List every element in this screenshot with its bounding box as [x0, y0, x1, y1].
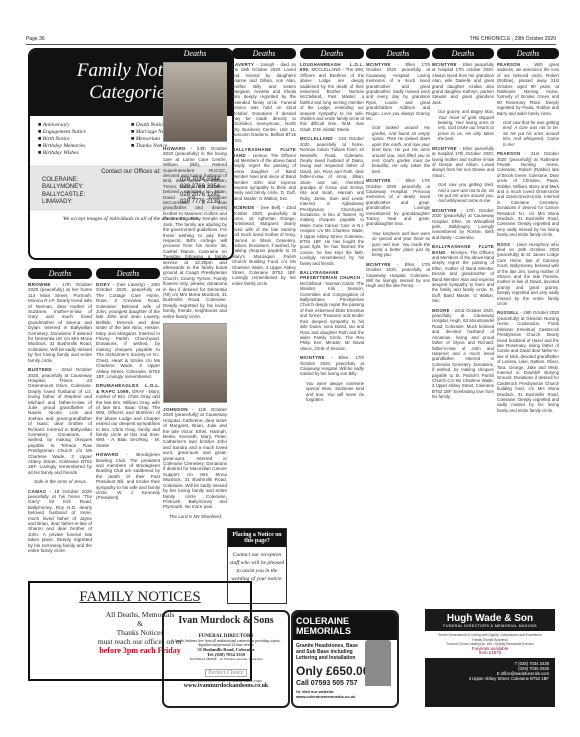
death-notice: MCINTYRE - 17th October 2020 (peacefully… — [432, 208, 494, 240]
notice-name: BALLYRASHANE FLUTE BAND — [432, 244, 494, 254]
death-notice: DRUMAHEAGLES L.O.L. & RAPC 1099, GRAY - … — [96, 383, 160, 448]
coleraine-memorials-ad: COLERAINE MEMORIALS Granite Headstones, … — [291, 610, 399, 708]
death-notice: MCINTYRE - Ellen peacefully at hospital … — [432, 62, 494, 105]
notice-verse: Your kindness and love were so special a… — [366, 231, 430, 258]
death-notice: RUSSELL - 19th October 2020 (peacefully)… — [497, 310, 559, 413]
death-notice: HOWARD - Brookgreen Bowling Club. The pr… — [96, 452, 160, 501]
perfect-choice-logo: Perfect Choice — [205, 669, 246, 677]
death-notice: PEARSON - 21st October 2020 (peacefully)… — [497, 151, 559, 238]
deaths-heading: Deaths — [232, 48, 296, 59]
notice-name: BUSTEED — [28, 367, 52, 372]
death-notice: LAVERTY - Joseph - died on the 15th Octo… — [232, 62, 296, 143]
notice-verse: Safe in the arms of Jesus. — [28, 479, 92, 484]
column-8: DeathsPEARSON - With great sadness, we a… — [497, 48, 559, 603]
category-item: Anniversary — [38, 122, 131, 129]
death-notice: MCCLELLAND - 21st October 2020, peaceful… — [300, 136, 364, 266]
death-notice: ROSS - Janet Humphrey who died on 16th O… — [497, 242, 559, 307]
notice-name: MCINTYRE — [366, 178, 391, 183]
ad-title: Hugh Wade & Son — [425, 609, 555, 624]
fn-title: FAMILY NOTICES — [30, 589, 250, 606]
notice-name: MCINTYRE — [432, 146, 457, 151]
death-notice: MCINTYRE - Ellen, 17th October 2020, pea… — [366, 262, 430, 289]
notice-name: MCBRIDE — [232, 205, 255, 210]
deaths-heading: Deaths — [163, 48, 227, 59]
deceased-photo — [163, 323, 227, 403]
deaths-heading: Deaths — [432, 48, 494, 59]
death-notice: PEARSON - With great sadness, we announc… — [497, 62, 559, 116]
notice-name: MCINTYRE — [300, 355, 325, 360]
death-notice: BALLYRASHANE FLUTE BAND - McIntyre. The … — [432, 244, 494, 303]
notice-name: CAMAC — [28, 489, 47, 494]
publication-date: THE CHRONICLE , 29th October 2020 — [470, 36, 556, 44]
category-item: Birthday Memories — [38, 143, 131, 150]
death-notice: LOUGHANREAGH L.O.L. 909. MCCLELLAND - Th… — [300, 62, 364, 132]
notice-name: HOWARD — [96, 452, 119, 457]
notice-name: MCINTYRE — [366, 62, 391, 67]
placing-title: Placing a Notice on this page? — [228, 529, 286, 547]
notice-name: MCINTYRE — [432, 208, 457, 213]
notice-name: MOORE — [432, 308, 450, 313]
death-notice: BROWNE - 17th October 2020 (peacefully) … — [28, 282, 92, 363]
ad-title: Ivan Murdock & Sons — [167, 615, 285, 626]
death-notice: BALLYRASHANE PRESBYTERIAN CHURCH - McCle… — [300, 270, 364, 351]
notice-name: MCCLELLAND — [300, 136, 333, 141]
deaths-heading: Deaths — [366, 48, 430, 59]
notice-name: MCINTYRE — [432, 62, 457, 67]
notice-name: PEARSON — [497, 151, 520, 156]
ad-home: FUNERAL HOME - 2a Windsor Avenue, Colera… — [167, 657, 285, 661]
page-number: Page 36 — [26, 36, 45, 44]
death-notice: JOHNSON - 11th October 2020 (peacefully)… — [163, 407, 227, 510]
notice-verse: God looked around His garden, And found … — [366, 125, 430, 174]
ad-desc: Granite Headstones, Base and Sub Base in… — [293, 640, 363, 664]
ad-title: COLERAINE MEMORIALS — [293, 612, 397, 640]
office-name: COLERAINE: — [42, 177, 78, 185]
column-7: DeathsMCINTYRE - Ellen peacefully at hos… — [432, 48, 494, 603]
death-notice: MCBRIDE - (nee Bell) - 22nd October 2020… — [232, 205, 296, 286]
deaths-heading: Deaths — [497, 48, 559, 59]
column-4: DeathsLAVERTY - Joseph - died on the 15t… — [232, 48, 296, 518]
hugh-wade-ad: Hugh Wade & Son FUNERAL DIRECTORS & MEMO… — [425, 609, 555, 707]
death-notice: MCINTYRE - Ellen 17th October 2020 peace… — [366, 178, 430, 227]
notice-verse: God saw you getting tired, And a cure wa… — [432, 182, 494, 204]
notice-name: DOEY — [96, 282, 110, 287]
ad-addr: 3 Upper Abbey Street, Coleraine BT52 1BF — [425, 676, 549, 681]
notice-name: JOHNSON — [163, 407, 188, 412]
ivan-murdock-ad: Ivan Murdock & Sons FUNERAL DIRECTORS A … — [162, 610, 290, 708]
notice-verse: Our granny and Bogey Mac, Your heart of … — [432, 109, 494, 141]
category-item: Birthday Wishes — [38, 150, 131, 157]
death-notice: DOEY - (nee Laverty) - 20th October 2020… — [96, 282, 160, 379]
death-notice: MCINTYRE - Ellen 17th October 2020 peace… — [366, 62, 430, 121]
notice-name: BROWNE — [28, 282, 51, 287]
ad-price: from £1875 — [427, 651, 553, 656]
death-notice: HOWARD - 24th October 2020 (peacefully) … — [163, 146, 227, 319]
column-1: DeathsBROWNE - 17th October 2020 (peacef… — [28, 268, 92, 573]
category-item: Engagement Notice — [38, 129, 131, 136]
ad-desc: A family business free from all multinat… — [167, 639, 285, 647]
notice-name: BALLYRASHANE PRESBYTERIAN CHURCH — [300, 270, 360, 280]
placing-body: Contact our reception staff who will be … — [228, 547, 286, 583]
notice-verse: God saw that he was getting tired, A cur… — [497, 120, 559, 147]
ad-sub: FUNERAL DIRECTORS & MEMORIAL MASONS — [425, 624, 555, 628]
placing-notice-box: Placing a Notice on this page? Contact o… — [227, 528, 287, 604]
notice-name: DRUMAHEAGLES L.O.L. & RAPC 1099, — [96, 383, 160, 393]
death-notice: MCINTYRE - Ellen. 17th October 2020, pea… — [300, 355, 364, 377]
ad-line: Seven Generations of Caring with Dignity… — [427, 633, 553, 638]
notice-name: ROSS — [497, 242, 510, 247]
office-name: LIMAVADY: — [42, 199, 73, 207]
ad-website-link[interactable]: www.ivanmurdockandsons.co.uk — [167, 683, 285, 689]
death-notice: BUSTEED - 22nd October 2020, peacefully … — [28, 367, 92, 475]
notice-name: HOWARD — [163, 146, 186, 151]
headstone-image — [365, 640, 391, 686]
office-name: BALLYMONEY: — [42, 184, 84, 192]
deaths-heading: Deaths — [300, 48, 364, 59]
death-notice: MCINTYRE - Ellen peacefully at hospital … — [432, 146, 494, 178]
death-notice: MOORE - 22nd October 2020, peacefully at… — [432, 308, 494, 400]
deceased-photo — [163, 62, 227, 142]
notice-name: RUSSELL — [497, 310, 519, 315]
column-2: DeathsDOEY - (nee Laverty) - 20th Octobe… — [96, 268, 160, 523]
category-item: Birth Notice — [38, 136, 131, 143]
notice-name: PEARSON — [497, 62, 520, 67]
column-5: DeathsLOUGHANREAGH L.O.L. 909. MCCLELLAN… — [300, 48, 364, 603]
death-notice: CAMAC - 18 October 2020 peacefully at hi… — [28, 489, 92, 554]
notice-verse: The Lord Is My Shepherd. — [163, 514, 227, 518]
deaths-heading: Deaths — [96, 268, 160, 279]
notice-name: MCINTYRE — [366, 262, 391, 267]
office-name: BALLYCASTLE: — [42, 192, 85, 200]
notice-name: BALLYRASHANE FLUTE BAND — [232, 147, 296, 157]
notice-name: LOUGHANREAGH L.O.L. 909. — [300, 62, 364, 72]
death-notice: BALLYRASHANE FLUTE BAND - Lennox. The Of… — [232, 147, 296, 201]
column-6: DeathsMCINTYRE - Ellen 17th October 2020… — [366, 48, 430, 603]
notice-verse: You were always someone special Mum, Som… — [300, 381, 364, 403]
column-3: DeathsHOWARD - 24th October 2020 (peacef… — [163, 48, 227, 518]
deaths-heading: Deaths — [28, 268, 92, 279]
ad-website-link[interactable]: www.colerainememorials.co.uk — [293, 694, 397, 699]
page-header: Page 36 THE CHRONICLE , 29th October 202… — [26, 36, 556, 45]
notice-name: LAVERTY — [232, 62, 254, 67]
